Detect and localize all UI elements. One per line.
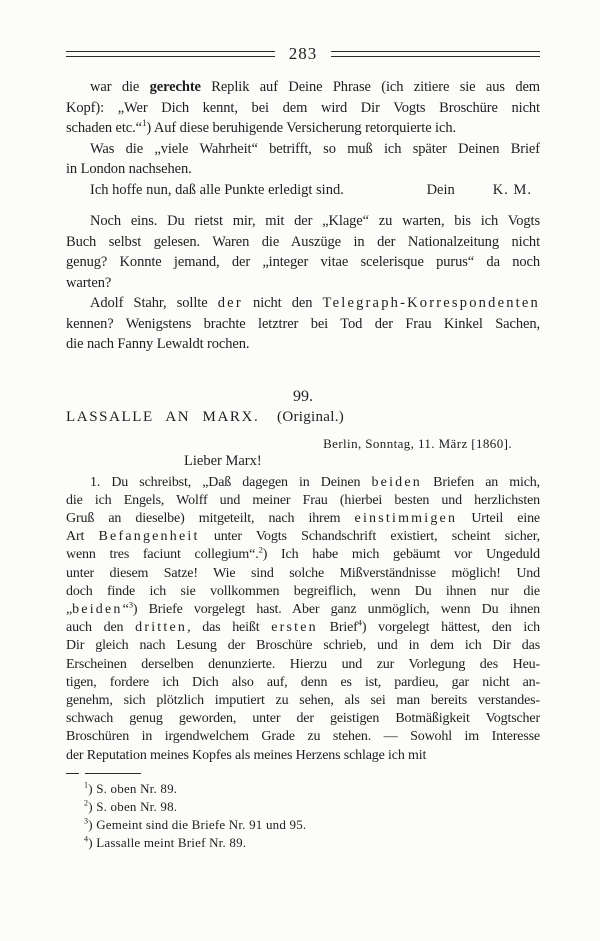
footnote-rule-line xyxy=(85,773,141,774)
text-line: genehm, sich plötzlich imputiert zu sehe… xyxy=(66,692,540,710)
text-line: doch finde ich sie vollkommen begreiflic… xyxy=(66,583,540,601)
text-segment-sup: 3 xyxy=(129,601,133,609)
footnote-marker: 4 xyxy=(84,834,88,843)
text-line: Buch selbst gelesen. Waren die Auszüge i… xyxy=(66,232,540,253)
text-segment-g: beiden xyxy=(371,475,422,490)
text-line: Noch eins. Du rietst mir, mit der „Klage… xyxy=(66,211,540,232)
letter-closing-line: Ich hoffe nun, daß alle Punkte erledigt … xyxy=(66,180,540,201)
text-line: Kopf): „Wer Dich kennt, bei dem wird Dir… xyxy=(66,98,540,119)
paragraph-wahrheit: Was die „viele Wahrheit“ betrifft, so mu… xyxy=(66,139,540,180)
footnote-item: 2) S. oben Nr. 98. xyxy=(66,798,540,816)
text-line: Was die „viele Wahrheit“ betrifft, so mu… xyxy=(66,139,540,160)
text-segment-sup: 4 xyxy=(358,619,362,627)
paragraph-replik: war die gerechte Replik auf Deine Phrase… xyxy=(66,77,540,139)
text-line: die nach Fanny Lewaldt rochen. xyxy=(66,334,540,355)
footnote-list: 1) S. oben Nr. 89.2) S. oben Nr. 98.3) G… xyxy=(66,780,540,852)
text-segment-g: einstimmigen xyxy=(355,511,458,526)
book-page: 283 war die gerechte Replik auf Deine Ph… xyxy=(0,0,600,941)
text-line: die ich Engels, Wolff und meiner Frau (h… xyxy=(66,492,540,510)
letter-title-line: LASSALLE AN MARX. (Original.) xyxy=(66,409,540,426)
signature-initials: K. M. xyxy=(493,180,532,201)
header-rule-right xyxy=(331,51,540,57)
text-segment-sup: 2 xyxy=(259,546,263,554)
text-segment-sup: 1 xyxy=(142,118,146,128)
text-line: wenn tres faciunt collegium“.2) Ich habe… xyxy=(66,546,540,564)
letter-number-heading: 99. xyxy=(66,388,540,406)
footnote-marker: 1 xyxy=(84,780,88,789)
footnote-marker: 2 xyxy=(84,798,88,807)
text-line: 1. Du schreibst, „Daß dagegen in Deinen … xyxy=(66,474,540,492)
paragraph-adolf-stahr: Adolf Stahr, sollte der nicht den Telegr… xyxy=(66,293,540,355)
running-head: 283 xyxy=(66,46,540,62)
header-rule-left xyxy=(66,51,275,57)
page-number: 283 xyxy=(275,46,332,62)
text-line: warten? xyxy=(66,273,540,294)
footnote-item: 4) Lassalle meint Brief Nr. 89. xyxy=(66,834,540,852)
footnote-marker: 3 xyxy=(84,816,88,825)
letter-body: 1. Du schreibst, „Daß dagegen in Deinen … xyxy=(66,474,540,765)
footnote-separator-rule xyxy=(66,772,540,775)
text-segment-b: gerechte xyxy=(150,79,201,95)
footnote-rule-dash xyxy=(66,773,79,774)
text-line: Dir gleich nach Lesung der Broschüre sch… xyxy=(66,637,540,655)
text-line: schaden etc.“1) Auf diese beruhigende Ve… xyxy=(66,118,540,139)
text-line: auch den dritten, das heißt ersten Brief… xyxy=(66,619,540,637)
text-line: tigen, fordere ich Dich also auf, denn e… xyxy=(66,674,540,692)
valediction: Dein xyxy=(427,180,455,201)
text-line: genug? Konnte jemand, der „integer vitae… xyxy=(66,252,540,273)
text-segment-g: ersten xyxy=(271,620,318,635)
letter-salutation: Lieber Marx! xyxy=(66,453,540,470)
text-line: der Reputation meines Kopfes als meines … xyxy=(66,747,540,765)
text-line: war die gerechte Replik auf Deine Phrase… xyxy=(66,77,540,98)
footnote-item: 3) Gemeint sind die Briefe Nr. 91 und 95… xyxy=(66,816,540,834)
letter-title: LASSALLE AN MARX. xyxy=(66,409,259,425)
text-line: Gruß an dieselbe) mitgeteilt, nach ihrem… xyxy=(66,510,540,528)
text-segment-g: dritten xyxy=(135,620,187,635)
text-segment-g: beiden xyxy=(72,602,123,617)
letter-dateline: Berlin, Sonntag, 11. März [1860]. xyxy=(66,436,540,452)
text-segment-g: Telegraph-Korrespondenten xyxy=(323,295,540,311)
text-line: schwach genug geworden, unter der geisti… xyxy=(66,710,540,728)
text-line: Broschüren in irgendwelchem Grade zu ste… xyxy=(66,728,540,746)
text-line: kennen? Wenigstens brachte letztrer bei … xyxy=(66,314,540,335)
paragraph-noch-eins: Noch eins. Du rietst mir, mit der „Klage… xyxy=(66,211,540,293)
text-line: in London nachsehen. xyxy=(66,159,540,180)
text-line: Art Befangenheit unter Vogts Schandschri… xyxy=(66,528,540,546)
letter-title-note: (Original.) xyxy=(277,409,344,425)
text-segment-g: der xyxy=(218,295,243,311)
text-line: Erscheinen derselben denunzierte. Hierzu… xyxy=(66,656,540,674)
text-line: Adolf Stahr, sollte der nicht den Telegr… xyxy=(66,293,540,314)
text-segment-g: Befangenheit xyxy=(99,529,200,544)
footnote-item: 1) S. oben Nr. 89. xyxy=(66,780,540,798)
text-line: unter diesem Satze! Wie sind solche Mißv… xyxy=(66,565,540,583)
closing-sentence: Ich hoffe nun, daß alle Punkte erledigt … xyxy=(66,180,344,201)
text-line: „beiden“3) Briefe vorgelegt hast. Aber g… xyxy=(66,601,540,619)
